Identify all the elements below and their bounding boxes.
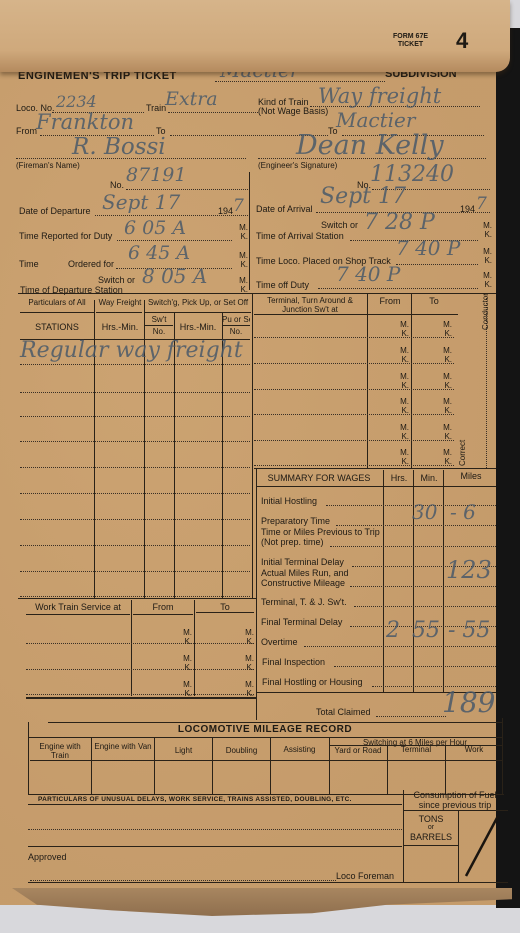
summary-col-min: Min. [414, 473, 444, 483]
ordered-value[interactable]: 6 45 A [128, 242, 190, 264]
mileage-cell-work[interactable] [446, 761, 502, 793]
station-row[interactable] [20, 441, 250, 442]
torn-bottom-edge [12, 888, 512, 916]
mileage-right-rule [502, 718, 503, 794]
work-to-mk: M.K. [240, 654, 254, 672]
col-switching: Switch'g, Pick Up, or Set Off [146, 298, 250, 307]
work-to-mk: M.K. [240, 680, 254, 698]
arr-year-value[interactable]: 7 [476, 194, 487, 214]
depart-switch-label: Switch or [98, 275, 135, 285]
work-service-underline [26, 614, 130, 615]
time-off-line [318, 288, 478, 289]
summary-row-initial-hostling: Initial Hostling [261, 496, 317, 506]
arrival-time-label: Time of Arrival Station [256, 231, 344, 241]
terminal-row[interactable] [254, 465, 454, 466]
station-row[interactable] [20, 416, 250, 417]
switch-underline [145, 312, 251, 313]
correct-label: Correct [458, 440, 467, 466]
col-terminal: Terminal, Turn Around & Junction Sw't at [254, 296, 366, 314]
overtime-miles-value[interactable]: - 55 [448, 618, 490, 643]
work-train-col-to: To [196, 602, 254, 612]
mileage-col-doubling: Doubling [213, 746, 270, 755]
dep-year-value[interactable]: 7 [233, 196, 244, 216]
summary-line [330, 546, 496, 547]
engineer-signature[interactable]: Dean Kelly [296, 130, 444, 161]
arrival-switch-label: Switch or [321, 220, 358, 230]
to-value[interactable]: Mactier [336, 108, 415, 132]
total-claimed-value[interactable]: 189 [442, 686, 495, 719]
arrival-mk: M.K. [478, 221, 492, 239]
station-row[interactable] [20, 467, 250, 468]
particulars-rule [28, 804, 402, 805]
summary-line [354, 606, 496, 607]
terminal-from-mk: M.K. [395, 372, 409, 390]
or-label: or [404, 824, 458, 832]
table-top-rule [18, 293, 496, 294]
dep-no-label: No. [110, 180, 124, 190]
particulars-line[interactable] [28, 829, 402, 830]
preparatory-miles-value[interactable]: - 6 [450, 500, 476, 524]
station-row[interactable] [20, 392, 250, 393]
reported-label: Time Reported for Duty [19, 231, 112, 241]
col-swt: Sw't [145, 315, 173, 324]
terminal-to-mk: M.K. [438, 423, 452, 441]
col-terminal-to: To [412, 296, 456, 306]
pu-divider [222, 325, 250, 326]
terminal-bottom-rule [254, 468, 496, 469]
fuel-units: TONS or BARRELS [404, 814, 458, 842]
mileage-cell-engine-van[interactable] [92, 761, 154, 793]
summary-col-rule-1 [383, 470, 384, 692]
work-train-col-service: Work Train Service at [26, 602, 130, 612]
ordered-label-time: Time [19, 259, 39, 269]
work-from-mk: M.K. [178, 680, 192, 698]
reported-mk: M.K. [234, 223, 248, 241]
summary-line [350, 586, 496, 587]
terminal-row[interactable] [254, 440, 454, 441]
station-row-1-value[interactable]: Regular way freight [20, 338, 243, 363]
conductor-label: Conductor [481, 293, 490, 330]
station-row[interactable] [20, 545, 250, 546]
col-terminal-from: From [368, 296, 412, 306]
date-arrival-label: Date of Arrival [256, 204, 313, 214]
total-claimed-label: Total Claimed [316, 707, 371, 717]
time-off-value[interactable]: 7 40 P [336, 262, 400, 286]
ticket-number: 4 [456, 28, 468, 54]
date-departure-label: Date of Departure [19, 206, 91, 216]
loco-value[interactable]: 2234 [56, 92, 97, 111]
terminal-col-rule-1 [367, 293, 368, 468]
reported-value[interactable]: 6 05 A [124, 217, 186, 239]
summary-title: SUMMARY FOR WAGES [256, 473, 382, 483]
summary-row-terminal-tj: Terminal, T. & J. Sw't. [261, 597, 347, 607]
col-stations: STATIONS [20, 322, 94, 332]
mileage-col-yard-road: Yard or Road [330, 746, 386, 755]
fuel-title: Consumption of Fuel since previous trip [404, 790, 506, 810]
summary-col-hrs: Hrs. [384, 473, 414, 483]
swt-divider [145, 325, 173, 326]
col-way-freight: Way Freight [96, 298, 144, 307]
mileage-col-terminal: Terminal [388, 745, 444, 754]
col-pu: Pu or Set Off [222, 315, 250, 324]
form-number: FORM 67E TICKET [393, 33, 428, 49]
terminal-row[interactable] [254, 414, 454, 415]
station-row[interactable] [20, 596, 250, 597]
summary-row-final-terminal-delay: Final Terminal Delay [261, 617, 342, 627]
dep-no-value[interactable]: 87191 [126, 164, 186, 186]
overtime-hrs-value[interactable]: 2 [386, 618, 400, 643]
summary-left-rule [256, 468, 257, 720]
mileage-record-title: LOCOMOTIVE MILEAGE RECORD [28, 724, 502, 735]
summary-line [304, 646, 496, 647]
summary-line [336, 525, 496, 526]
work-col-rule-1 [131, 600, 132, 696]
particulars-label: PARTICULARS OF UNUSUAL DELAYS, WORK SERV… [38, 796, 352, 803]
terminal-to-mk: M.K. [438, 448, 452, 466]
fuel-title-rule [404, 810, 508, 811]
work-from-mk: M.K. [178, 654, 192, 672]
terminal-from-mk: M.K. [395, 397, 409, 415]
shop-track-value[interactable]: 7 40 P [396, 236, 460, 260]
work-from-mk: M.K. [178, 628, 192, 646]
footer-bottom-rule [28, 882, 508, 883]
mileage-cell-yard-road[interactable] [330, 761, 387, 793]
work-from-underline [133, 614, 193, 615]
terminal-from-mk: M.K. [395, 448, 409, 466]
terminal-col-rule-2 [411, 293, 412, 468]
col-particulars: Particulars of All [20, 298, 94, 307]
arrival-value[interactable]: 7 28 P [364, 210, 435, 235]
work-train-col-from: From [132, 602, 194, 612]
stations-bottom-rule [18, 598, 256, 599]
station-row[interactable] [20, 493, 250, 494]
fuel-units-rule [404, 845, 458, 846]
curled-previous-page [0, 0, 510, 72]
work-train-row[interactable] [26, 643, 254, 644]
summary-row-overtime: Overtime [261, 637, 298, 647]
mileage-col-engine-van: Engine with Van [92, 742, 154, 751]
summary-row-final-hostling: Final Hostling or Housing [262, 677, 363, 687]
barrels-label: BARRELS [404, 832, 458, 842]
mileage-col-light: Light [155, 746, 212, 755]
train-line [168, 112, 258, 113]
terminal-from-mk: M.K. [395, 346, 409, 364]
date-departure-value[interactable]: Sept 17 [102, 190, 180, 214]
kind-value[interactable]: Way freight [318, 84, 441, 108]
work-to-underline [196, 612, 254, 613]
summary-line [334, 666, 496, 667]
mileage-cell-engine-train[interactable] [30, 761, 91, 793]
engineer-label: (Engineer's Signature) [258, 161, 337, 170]
station-row[interactable] [20, 519, 250, 520]
from-value[interactable]: Frankton [36, 110, 134, 134]
form-label: FORM 67E [393, 33, 428, 41]
date-arrival-value[interactable]: Sept 17 [320, 184, 406, 209]
mileage-top-rule [48, 722, 502, 723]
loco-foreman-line[interactable] [30, 880, 336, 881]
mileage-col-work: Work [446, 745, 502, 754]
shop-track-line [396, 264, 478, 265]
terminal-to-mk: M.K. [438, 372, 452, 390]
summary-col-miles: Miles [446, 471, 496, 481]
train-value[interactable]: Extra [165, 88, 218, 110]
terminal-header-rule [254, 314, 458, 315]
loco-foreman-label: Loco Foreman [336, 871, 394, 881]
mileage-col-assisting: Assisting [271, 745, 328, 754]
fireman-label: (Fireman's Name) [16, 161, 80, 170]
arr-year-prefix: 194 [460, 204, 475, 214]
fireman-value[interactable]: R. Bossi [72, 134, 166, 160]
actual-miles-value[interactable]: 123 [446, 556, 492, 584]
col-swt-no: No. [145, 327, 173, 336]
terminal-to-mk: M.K. [438, 320, 452, 338]
station-row[interactable] [20, 364, 250, 365]
summary-row-final-inspection: Final Inspection [262, 657, 325, 667]
summary-header-rule [256, 486, 496, 487]
ticket-label: TICKET [393, 41, 428, 49]
work-train-row[interactable] [26, 669, 254, 670]
train-label: Train [146, 103, 166, 113]
kind-sublabel: (Not Wage Basis) [258, 107, 328, 116]
summary-row-previous-trip: Time or Miles Previous to Trip (Not prep… [261, 527, 381, 547]
summary-row-preparatory: Preparatory Time [261, 516, 330, 526]
depart-mk: M.K. [234, 276, 248, 294]
approved-label: Approved [28, 852, 67, 862]
summary-row-initial-terminal-delay: Initial Terminal Delay [261, 557, 344, 567]
work-train-row[interactable] [26, 694, 254, 695]
mileage-col-engine-train: Engine with Train [30, 742, 90, 760]
tons-label: TONS [404, 814, 458, 824]
dep-arr-divider [249, 172, 250, 290]
terminal-row[interactable] [254, 363, 454, 364]
mileage-cell-light[interactable] [155, 761, 212, 793]
terminal-row[interactable] [254, 389, 454, 390]
terminal-to-mk: M.K. [438, 346, 452, 364]
col-switch-hrs: Hrs.-Min. [174, 322, 222, 332]
time-off-duty-label: Time off Duty [256, 280, 309, 290]
time-off-mk: M.K. [478, 271, 492, 289]
work-col-rule-2 [194, 600, 195, 696]
ordered-label: Ordered for [68, 259, 114, 269]
way-underline [96, 312, 142, 313]
work-bottom-rule [26, 697, 256, 699]
terminal-from-mk: M.K. [395, 423, 409, 441]
particulars-underline [20, 312, 94, 313]
depart-value[interactable]: 8 05 A [142, 264, 207, 288]
stations-col-rule-5 [252, 293, 253, 598]
terminal-from-mk: M.K. [395, 320, 409, 338]
total-line [376, 716, 446, 717]
mileage-cell-terminal[interactable] [388, 761, 445, 793]
shop-mk: M.K. [478, 247, 492, 265]
terminal-to-mk: M.K. [438, 397, 452, 415]
work-to-mk: M.K. [240, 628, 254, 646]
from-label: From [16, 126, 37, 136]
fuel-slash-mark[interactable] [460, 812, 504, 880]
reported-line [117, 240, 232, 241]
summary-col-rule-3 [443, 470, 444, 692]
fuel-col-rule [458, 810, 459, 882]
preparatory-min-value[interactable]: 30 [412, 500, 437, 524]
mileage-cell-doubling[interactable] [213, 761, 270, 793]
ordered-mk: M.K. [234, 251, 248, 269]
col-pu-no: No. [222, 327, 250, 336]
overtime-min-value[interactable]: 55 [412, 618, 440, 643]
station-row[interactable] [20, 571, 250, 572]
summary-row-actual-miles: Actual Miles Run, and Constructive Milea… [261, 568, 381, 588]
mileage-cell-assisting[interactable] [271, 761, 329, 793]
dep-year-prefix: 194 [218, 206, 233, 216]
approved-rule [28, 846, 402, 847]
terminal-row[interactable] [254, 337, 454, 338]
col-way-hrs: Hrs.-Min. [96, 322, 144, 332]
